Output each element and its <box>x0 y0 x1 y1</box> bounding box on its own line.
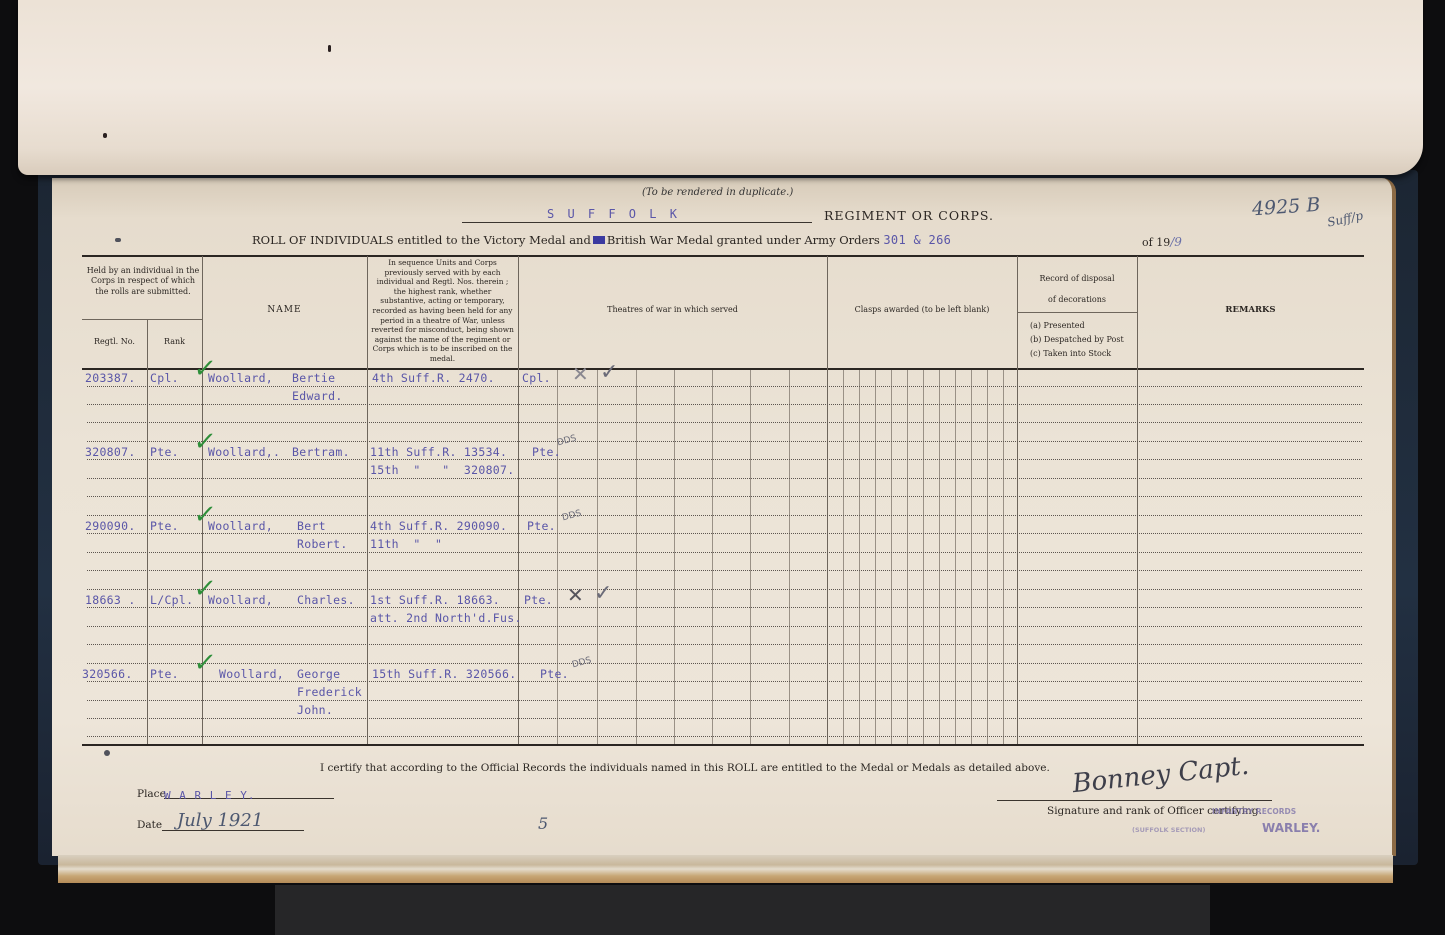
records-stamp-place: WARLEY. <box>1262 821 1320 835</box>
margin-mark: 5 <box>538 814 548 833</box>
pencil-annotation: DDS <box>571 656 592 671</box>
date-value: July 1921 <box>177 810 263 831</box>
records-stamp-line2: (SUFFOLK SECTION) <box>1132 826 1205 834</box>
unit-rank: Pte. <box>524 593 553 607</box>
regiment-value: S U F F O L K <box>547 207 680 221</box>
pencil-check-icon: ✓ <box>600 360 618 385</box>
header-units: In sequence Units and Corps previously s… <box>370 258 515 364</box>
surname: Woollard, <box>208 519 273 533</box>
rank: L/Cpl. <box>150 593 193 607</box>
header-rank: Rank <box>147 337 202 347</box>
surname: Woollard, <box>208 371 273 385</box>
reference-suffix: Suff/p <box>1326 208 1364 229</box>
forename: John. <box>297 703 333 717</box>
regtl-no: 203387. <box>85 371 136 385</box>
rank: Pte. <box>150 519 179 533</box>
header-clasps: Clasps awarded (to be left blank) <box>827 305 1017 315</box>
pencil-annotation: DDS <box>556 434 577 449</box>
date-label: Date <box>137 819 162 831</box>
check-mark-icon: ✓ <box>192 648 218 678</box>
binding-hole <box>115 238 121 242</box>
disposal-option-post: (b) Despatched by Post <box>1030 333 1124 347</box>
place-value: W A R L E Y. <box>164 789 255 802</box>
header-disposal-options: (a) Presented (b) Despatched by Post (c)… <box>1030 319 1124 361</box>
records-stamp-line1: INFANTRY RECORDS <box>1212 807 1296 816</box>
regiment-label: REGIMENT OR CORPS. <box>824 208 994 223</box>
table-surface <box>275 885 1210 935</box>
table-top-rule <box>82 255 1364 257</box>
header-disposal: Record of disposal of decorations <box>1017 268 1137 310</box>
unit: 4th Suff.R. 2470. <box>372 371 495 385</box>
certification-text: I certify that according to the Official… <box>320 762 1050 774</box>
roll-title: ROLL OF INDIVIDUALS entitled to the Vict… <box>252 233 951 247</box>
cross-mark-icon: ✕ <box>567 583 584 607</box>
of-year-value: /9 <box>1170 235 1182 249</box>
struck-out-mark <box>593 236 605 244</box>
roll-title-post: British War Medal granted under Army Ord… <box>607 233 880 247</box>
surname: Woollard,. <box>208 445 280 459</box>
regiment-field: S U F F O L K <box>462 206 812 223</box>
surname: Woollard, <box>208 593 273 607</box>
rank: Pte. <box>150 667 179 681</box>
signature-line <box>997 800 1272 801</box>
forename: Edward. <box>292 389 343 403</box>
header-regtl-no: Regtl. No. <box>82 337 147 347</box>
unit: 15th Suff.R. 320566. <box>372 667 516 681</box>
pencil-annotation: DDS <box>561 509 582 524</box>
header-remarks: REMARKS <box>1137 305 1364 315</box>
disposal-option-presented: (a) Presented <box>1030 319 1124 333</box>
regtl-no: 320807. <box>85 445 136 459</box>
reference-number: 4925 B <box>1251 194 1321 221</box>
regtl-no: 18663 . <box>85 593 136 607</box>
cross-mark-icon: ✕ <box>572 362 589 386</box>
forename: Charles. <box>297 593 355 607</box>
of-year: of 19/9 <box>1142 235 1182 249</box>
unit: 1st Suff.R. 18663. <box>370 593 500 607</box>
facing-page <box>18 0 1423 175</box>
of-year-label: of 19 <box>1142 236 1170 249</box>
regtl-no: 290090. <box>85 519 136 533</box>
forename: Robert. <box>297 537 348 551</box>
medal-roll-page: (To be rendered in duplicate.) S U F F O… <box>52 178 1396 856</box>
unit: 11th Suff.R. 13534. <box>370 445 507 459</box>
unit: 15th " " 320807. <box>370 463 514 477</box>
officer-signature: Bonney Capt. <box>1071 751 1251 799</box>
page-edges <box>58 855 1393 883</box>
unit: 11th " " <box>370 537 442 551</box>
place-field: W A R L E Y. <box>164 784 334 799</box>
place-label: Place <box>137 788 166 800</box>
header-held-by: Held by an individual in the Corps in re… <box>84 266 202 297</box>
binding-hole <box>104 750 110 756</box>
forename: Frederick <box>297 685 362 699</box>
army-orders-value: 301 & 266 <box>883 233 951 247</box>
duplicate-note: (To be rendered in duplicate.) <box>642 187 793 198</box>
forename: George <box>297 667 340 681</box>
header-theatres: Theatres of war in which served <box>518 305 827 315</box>
unit-rank: Cpl. <box>522 371 551 385</box>
unit-rank: Pte. <box>540 667 569 681</box>
unit: att. 2nd North'd.Fus. <box>370 611 522 625</box>
disposal-option-stock: (c) Taken into Stock <box>1030 347 1124 361</box>
rank: Cpl. <box>150 371 179 385</box>
roll-title-pre: ROLL OF INDIVIDUALS entitled to the Vict… <box>252 233 591 247</box>
unit: 4th Suff.R. 290090. <box>370 519 507 533</box>
header-name: NAME <box>202 305 367 315</box>
forename: Bert <box>297 519 326 533</box>
unit-rank: Pte. <box>532 445 561 459</box>
table-bottom-rule <box>82 744 1364 746</box>
rank: Pte. <box>150 445 179 459</box>
unit-rank: Pte. <box>527 519 556 533</box>
date-field: July 1921 <box>162 810 304 831</box>
surname: Woollard, <box>219 667 284 681</box>
forename: Bertie <box>292 371 335 385</box>
regtl-no: 320566. <box>82 667 133 681</box>
header-bottom-rule <box>82 368 1364 370</box>
forename: Bertram. <box>292 445 350 459</box>
pencil-check-icon: ✓ <box>594 581 612 606</box>
